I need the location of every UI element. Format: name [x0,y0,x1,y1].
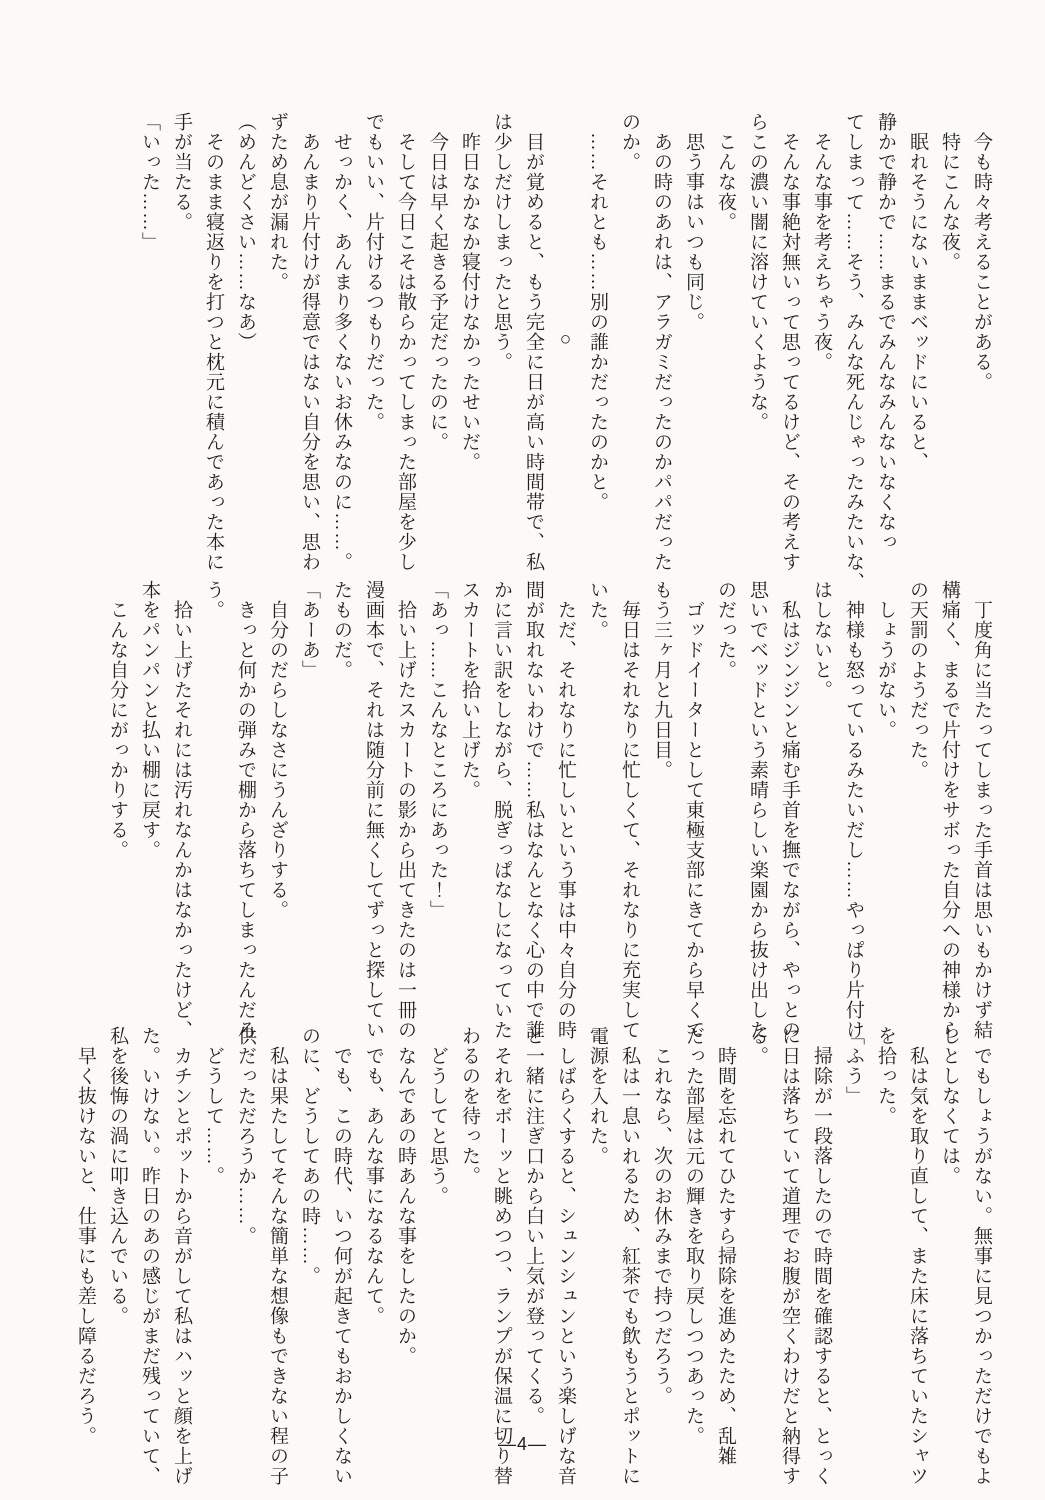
text-line: でもしょうがない。無事に見つかっただけでもよ [965,1026,997,1466]
text-line: 私はジンジンと痛む手首を撫でながら、やっとの [773,580,805,1016]
text-line: （めんどくさい……なあ） [229,112,261,567]
page-number: ―4― [0,1434,1045,1455]
text-line: ……それとも……別の誰かだったのかと。 [581,112,613,567]
text-line: カチンとポットから音がして私はハッと顔を上げ [165,1026,197,1466]
text-line: どうしてと思う。 [421,1026,453,1466]
text-line: 目が覚めると、もう完全に日が高い時間帯で、私 [517,112,549,567]
text-line: そんな事を考えちゃう夜。 [805,112,837,567]
text-line: 時間を忘れてひたすら掃除を進めたため、乱雑 [709,1026,741,1466]
text-line: こんな夜。 [709,112,741,567]
text-line: 拾い上げたスカートの影から出てきたのは一冊の [389,580,421,1016]
text-line: 早く抜けないと、仕事にも差し障るだろう。 [69,1026,101,1466]
text-line: ○ [549,112,581,567]
text-line: 間が取れないわけで……私はなんとなく心の中で誰 [517,580,549,1016]
text-line: ずため息が漏れた。 [261,112,293,567]
text-line: てしまって……そう、みんな死んじゃったみたいな、 [837,112,869,567]
text-line: そんな事絶対無いって思ってるけど、その考えす [773,112,805,567]
text-line: 今も時々考えることがある。 [965,112,997,567]
text-line: せっかく、あんまり多くないお休みなのに……。 [325,112,357,567]
text-band-bottom: でもしょうがない。無事に見つかっただけでもよしとしなくては。私は気を取り直して、… [69,1026,997,1466]
text-line: あんまり片付けが得意ではない自分を思い、思わ [293,112,325,567]
text-line: なんであの時あんな事をしたのか。 [389,1026,421,1466]
text-line: わるのを待った。 [453,1026,485,1466]
text-line: のに、どうしてあの時……。 [293,1026,325,1466]
text-line: かに言い訳をしながら、脱ぎっぱなしになっていた [485,580,517,1016]
novel-page: 今も時々考えることがある。特にこんな夜。眠れそうにないままベッドにいると、静かで… [0,0,1045,1500]
text-line: でも、この時代、いつ何が起きてもおかしくない [325,1026,357,1466]
text-line: それをボーッと眺めつつ、ランプが保温に切り替 [485,1026,517,1466]
text-line: そして今日こそは散らかってしまった部屋を少し [389,112,421,567]
text-line: たものだ。 [325,580,357,1016]
text-line: どうして……。 [197,1026,229,1466]
text-line: だった部屋は元の輝きを取り戻しつつあった。 [677,1026,709,1466]
text-line: 神様も怒っているみたいだし……やっぱり片付け [837,580,869,1016]
text-line: 「ふう」 [837,1026,869,1466]
text-line: に日は落ちていて道理でお腹が空くわけだと納得す [773,1026,805,1466]
text-line: 思いでベッドという素晴らしい楽園から抜け出した [741,580,773,1016]
text-line: 漫画本で、それは随分前に無くしてずっと探してい [357,580,389,1016]
text-line: 拾い上げたそれには汚れなんかはなかったけど、 [165,580,197,1016]
text-line: 眠れそうにないままベッドにいると、 [901,112,933,567]
text-line: 思う事はいつも同じ。 [677,112,709,567]
text-line: 構痛く、まるで片付けをサボった自分への神様から [933,580,965,1016]
text-line: これなら、次のお休みまで持つだろう。 [645,1026,677,1466]
text-band-middle: 丁度角に当たってしまった手首は思いもかけず結構痛く、まるで片付けをサボった自分へ… [101,580,997,1016]
text-line: 静かで静かで……まるでみんなみんないなくなっ [869,112,901,567]
text-line: 供だっただろうか……。 [229,1026,261,1466]
text-line: を拾った。 [869,1026,901,1466]
text-line: と一緒に注ぎ口から白い上気が登ってくる。 [517,1026,549,1466]
text-line: た。いけない。昨日のあの感じがまだ残っていて、 [133,1026,165,1466]
text-line: 丁度角に当たってしまった手首は思いもかけず結 [965,580,997,1016]
text-line: でも、あんな事になるなんて。 [357,1026,389,1466]
text-line: は少しだけしまったと思う。 [485,112,517,567]
text-line: もう三ヶ月と九日目。 [645,580,677,1016]
text-line: 手が当たる。 [165,112,197,567]
text-line: しばらくすると、シュンシュンという楽しげな音 [549,1026,581,1466]
text-line: いた。 [581,580,613,1016]
text-line: 「あーあ」 [293,580,325,1016]
text-line: しょうがない。 [869,580,901,1016]
text-line: しとしなくては。 [933,1026,965,1466]
text-line: でもいい、片付けるつもりだった。 [357,112,389,567]
text-line: 毎日はそれなりに忙しくて、それなりに充実して [613,580,645,1016]
text-line: きっと何かの弾みで棚から落ちてしまったんだろ [229,580,261,1016]
text-line: 自分のだらしなさにうんざりする。 [261,580,293,1016]
text-line: スカートを拾い上げた。 [453,580,485,1016]
text-line: 「あっ……こんなところにあった！」 [421,580,453,1016]
text-line: こんな自分にがっかりする。 [101,580,133,1016]
text-line: 私は一息いれるため、紅茶でも飲もうとポットに [613,1026,645,1466]
text-line: 電源を入れた。 [581,1026,613,1466]
text-line: 今日は早く起きる予定だったのに。 [421,112,453,567]
text-line: 特にこんな夜。 [933,112,965,567]
text-line: 掃除が一段落したので時間を確認すると、とっく [805,1026,837,1466]
text-line: あの時のあれは、アラガミだったのかパパだった [645,112,677,567]
text-line: 私は気を取り直して、また床に落ちていたシャツ [901,1026,933,1466]
text-line: 「いった……」 [133,112,165,567]
text-line: のだった。 [709,580,741,1016]
text-line: ゴッドイーターとして東極支部にきてから早くて [677,580,709,1016]
text-band-top: 今も時々考えることがある。特にこんな夜。眠れそうにないままベッドにいると、静かで… [133,112,997,567]
text-line: 私は果たしてそんな簡単な想像もできない程の子 [261,1026,293,1466]
text-line: のか。 [613,112,645,567]
text-line: の天罰のようだった。 [901,580,933,1016]
text-line: ただ、それなりに忙しいという事は中々自分の時 [549,580,581,1016]
text-line: 私を後悔の渦に叩き込んでいる。 [101,1026,133,1466]
text-line: う。 [197,580,229,1016]
text-line: 昨日なかなか寝付けなかったせいだ。 [453,112,485,567]
text-line: らこの濃い闇に溶けていくような。 [741,112,773,567]
text-line: そのまま寝返りを打つと枕元に積んであった本に [197,112,229,567]
text-line: る。 [741,1026,773,1466]
text-line: 本をパンパンと払い棚に戻す。 [133,580,165,1016]
text-line: はしないと。 [805,580,837,1016]
